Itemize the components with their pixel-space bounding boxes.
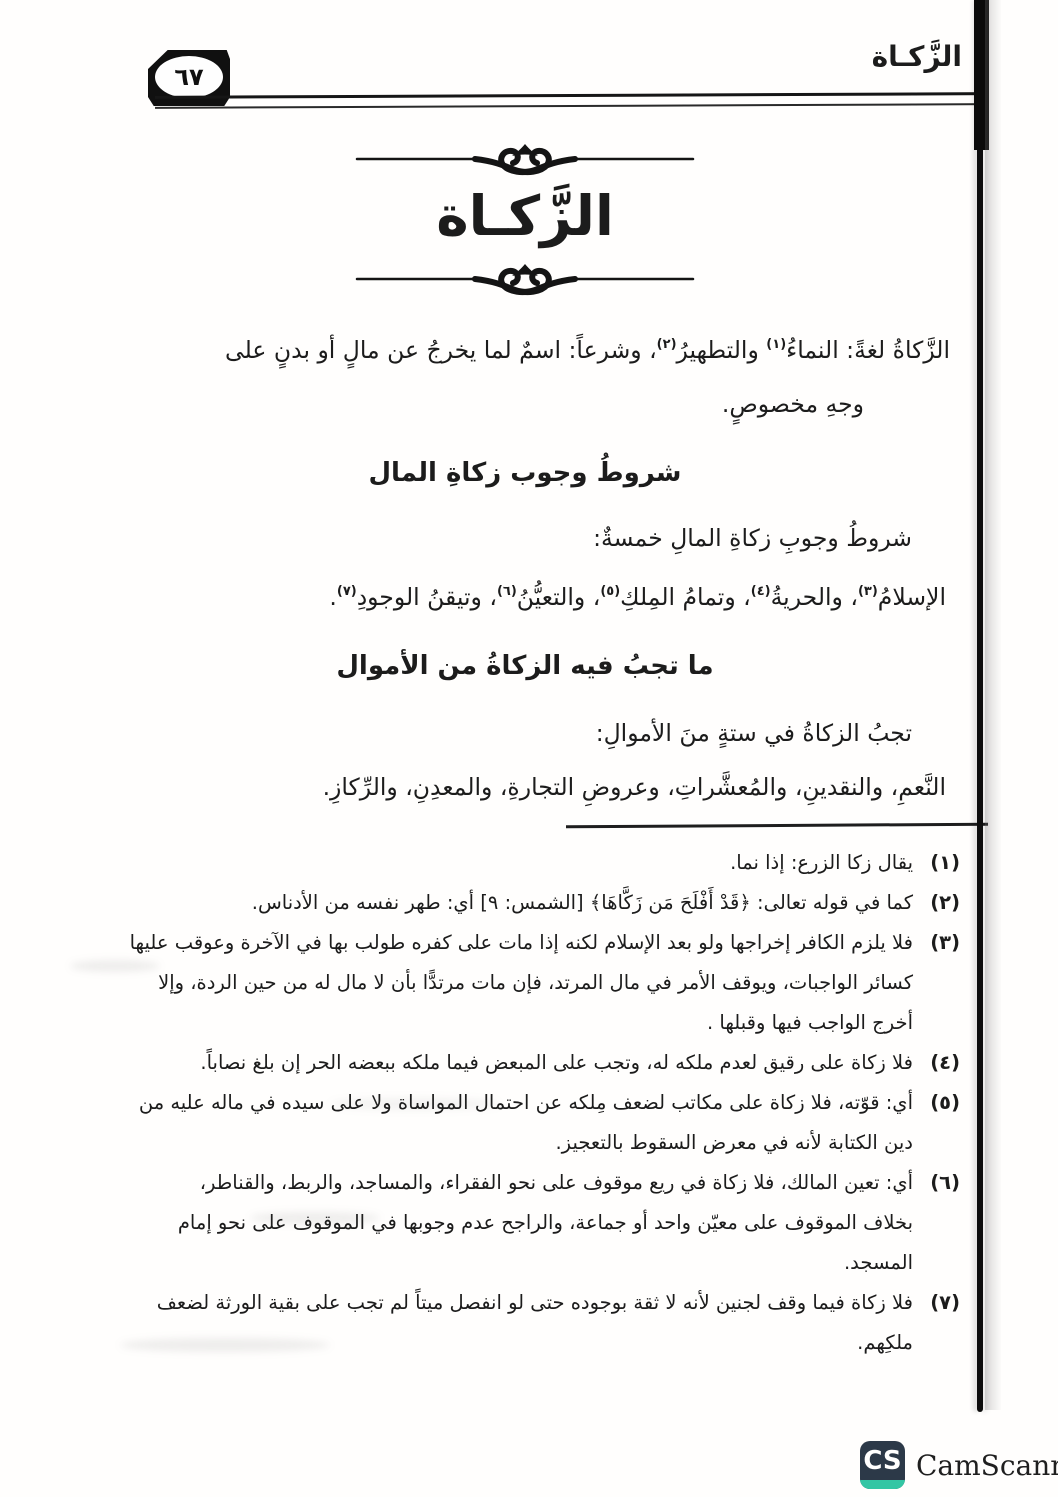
footnote-marker: (٤) bbox=[930, 1043, 960, 1083]
footnote-marker: (٧) bbox=[930, 1283, 960, 1323]
ornament-divider-bottom bbox=[353, 260, 697, 296]
body-line: الإسلامُ(٣)، والحريةُ(٤)، وتمامُ المِلكِ… bbox=[90, 565, 960, 624]
section-heading-conditions: شروطُ وجوب زكاةِ المال bbox=[90, 455, 960, 491]
footnote-line: أي: تعين المالك، فلا زكاة في ريع موقوف ع… bbox=[90, 1163, 913, 1203]
footnote-6: (٦) أي: تعين المالك، فلا زكاة في ريع موق… bbox=[90, 1163, 960, 1283]
camscanner-logo-teal-strip bbox=[860, 1480, 905, 1489]
footnote-line: فلا زكاة فيما وقف لجنين لأنه لا ثقة بوجو… bbox=[90, 1283, 913, 1323]
footnote-line: بخلاف الموقوف على معيّن واحد أو جماعة، و… bbox=[90, 1203, 913, 1243]
footnote-marker: (١) bbox=[930, 843, 960, 883]
body-line: وجهِ مخصوصٍ. bbox=[90, 377, 960, 431]
footnote-5: (٥) أي: قوّته، فلا زكاة على مكاتب لضعف م… bbox=[90, 1083, 960, 1163]
scan-edge-haze bbox=[985, 0, 1001, 1410]
footnote-line: أي: قوّته، فلا زكاة على مكاتب لضعف مِلكه… bbox=[90, 1083, 913, 1123]
page-content: الزَّكـاة الزَّكاةُ لغةً: النماءُ(١) وال… bbox=[90, 0, 960, 1363]
footnote-line: دين الكتابة لأنه في معرض السقوط بالتعجيز… bbox=[90, 1123, 913, 1163]
conditions-paragraph: شروطُ وجوبِ زكاةِ المالِ خمسةٌ: الإسلامُ… bbox=[90, 511, 960, 624]
footnote-line: كسائر الواجبات، ويوقف الأمر في مال المرت… bbox=[90, 963, 913, 1003]
footnotes-block: (١) يقال زكا الزرع: إذا نما. (٢) كما في … bbox=[90, 843, 960, 1363]
footnote-1: (١) يقال زكا الزرع: إذا نما. bbox=[90, 843, 960, 883]
body-line: تجبُ الزكاةُ في ستةٍ منَ الأموالِ: bbox=[90, 706, 960, 760]
section-heading-types: ما تجبُ فيه الزكاةُ من الأموال bbox=[90, 648, 960, 684]
ornament-divider-top bbox=[353, 140, 697, 176]
scan-smudge bbox=[330, 1098, 500, 1110]
footnote-marker: (٥) bbox=[930, 1083, 960, 1123]
footnote-line: المسجد. bbox=[90, 1243, 913, 1283]
footnote-line: فلا زكاة على رقيق لعدم ملكه له، وتجب على… bbox=[90, 1043, 913, 1083]
body-line: الزَّكاةُ لغةً: النماءُ(١) والتطهيرُ(٢)،… bbox=[90, 318, 960, 377]
scan-edge-line bbox=[977, 0, 983, 1412]
scanned-book-page: ٦٧ الزَّكـاة الزَّكـاة bbox=[0, 0, 1058, 1497]
body-line: النَّعمِ، والنقدينِ، والمُعشَّراتِ، وعرو… bbox=[90, 760, 960, 814]
body-line: شروطُ وجوبِ زكاةِ المالِ خمسةٌ: bbox=[90, 511, 960, 565]
types-paragraph: تجبُ الزكاةُ في ستةٍ منَ الأموالِ: النَّ… bbox=[90, 706, 960, 814]
scan-smudge bbox=[120, 1338, 330, 1352]
footnote-marker: (٣) bbox=[930, 923, 960, 963]
footnote-line: أخرج الواجب فيها وقبلها . bbox=[90, 1003, 913, 1043]
footnote-separator bbox=[566, 823, 988, 829]
camscanner-watermark: CS CamScanner bbox=[860, 1440, 1058, 1490]
camscanner-logo-icon: CS bbox=[860, 1441, 905, 1489]
footnote-line: فلا يلزم الكافر إخراجها ولو بعد الإسلام … bbox=[90, 923, 913, 963]
scan-smudge bbox=[70, 960, 160, 972]
footnote-line: يقال زكا الزرع: إذا نما. bbox=[90, 843, 913, 883]
camscanner-initials: CS bbox=[860, 1442, 905, 1480]
camscanner-label: CamScanner bbox=[916, 1449, 1058, 1482]
footnote-marker: (٦) bbox=[930, 1163, 960, 1203]
footnote-marker: (٢) bbox=[930, 883, 960, 923]
footnote-2: (٢) كما في قوله تعالى: ﴿قَدْ أَفْلَحَ مَ… bbox=[90, 883, 960, 923]
footnote-3: (٣) فلا يلزم الكافر إخراجها ولو بعد الإس… bbox=[90, 923, 960, 1043]
footnote-line: كما في قوله تعالى: ﴿قَدْ أَفْلَحَ مَن زَ… bbox=[90, 883, 913, 923]
intro-paragraph: الزَّكاةُ لغةً: النماءُ(١) والتطهيرُ(٢)،… bbox=[90, 318, 960, 431]
scan-smudge bbox=[250, 1212, 380, 1224]
chapter-title: الزَّكـاة bbox=[90, 176, 960, 256]
footnote-4: (٤) فلا زكاة على رقيق لعدم ملكه له، وتجب… bbox=[90, 1043, 960, 1083]
